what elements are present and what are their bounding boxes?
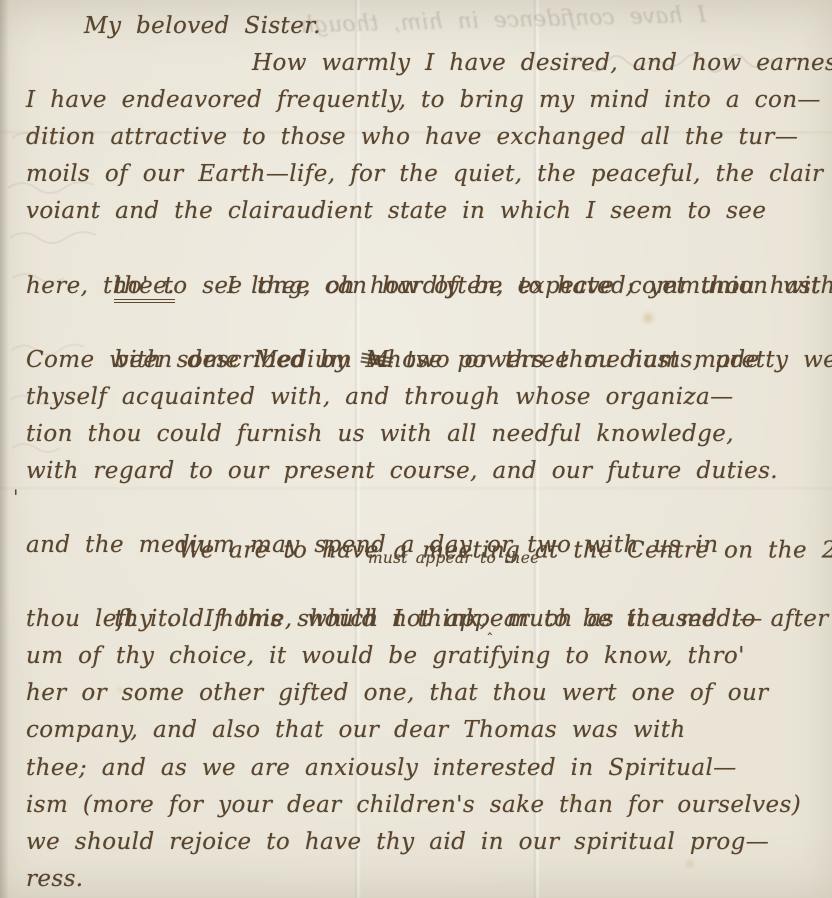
letter-line: been described by M two or three mediums…	[26, 305, 830, 342]
letter-line: and the medium may spend a day or two wi…	[26, 527, 830, 564]
letter-line: with regard to our present course, and o…	[26, 453, 830, 490]
letter-line: thee; and as we are anxiously interested…	[26, 750, 830, 787]
letter-line: um of thy choice, it would be gratifying…	[26, 638, 830, 675]
letter-line: I have endeavored frequently, to bring m…	[26, 82, 830, 119]
letter-line: her or some other gifted one, that thou …	[26, 675, 830, 712]
letter-line: thou left it. If this should not appear …	[26, 601, 830, 638]
struck-out-word: M	[363, 342, 391, 379]
letter-line: thee.I long, oh how often, to have commu…	[26, 230, 830, 267]
letter-line: moils of our Earth—life, for the quiet, …	[26, 156, 830, 193]
letter-line: here, tho' to see thee can hardly be exp…	[26, 268, 830, 305]
letter-line: ress.	[26, 861, 830, 898]
letter-line: thyself acquainted with, and through who…	[26, 379, 830, 416]
letter-line: ism (more for your dear children's sake …	[26, 787, 830, 824]
letter-line: dition attractive to those who have exch…	[26, 119, 830, 156]
letter-line: How warmly I have desired, and how earne…	[26, 45, 830, 82]
letter-line: voiant and the clairaudient state in whi…	[26, 193, 830, 230]
salutation: My beloved Sister.	[26, 8, 830, 45]
letter-line: Come with some Medium whose powers thou …	[26, 342, 830, 379]
letter-page: I have confidence in him, though ' must …	[0, 0, 832, 898]
letter-line: We are to have a meeting at the Centre o…	[26, 490, 830, 527]
letter-line: tion thou could furnish us with all need…	[26, 416, 830, 453]
letter-body: My beloved Sister. How warmly I have des…	[26, 8, 830, 898]
letter-line: we should rejoice to have thy aid in our…	[26, 824, 830, 861]
letter-line: company, and also that our dear Thomas w…	[26, 712, 830, 749]
stray-ink-mark: '	[13, 485, 19, 509]
